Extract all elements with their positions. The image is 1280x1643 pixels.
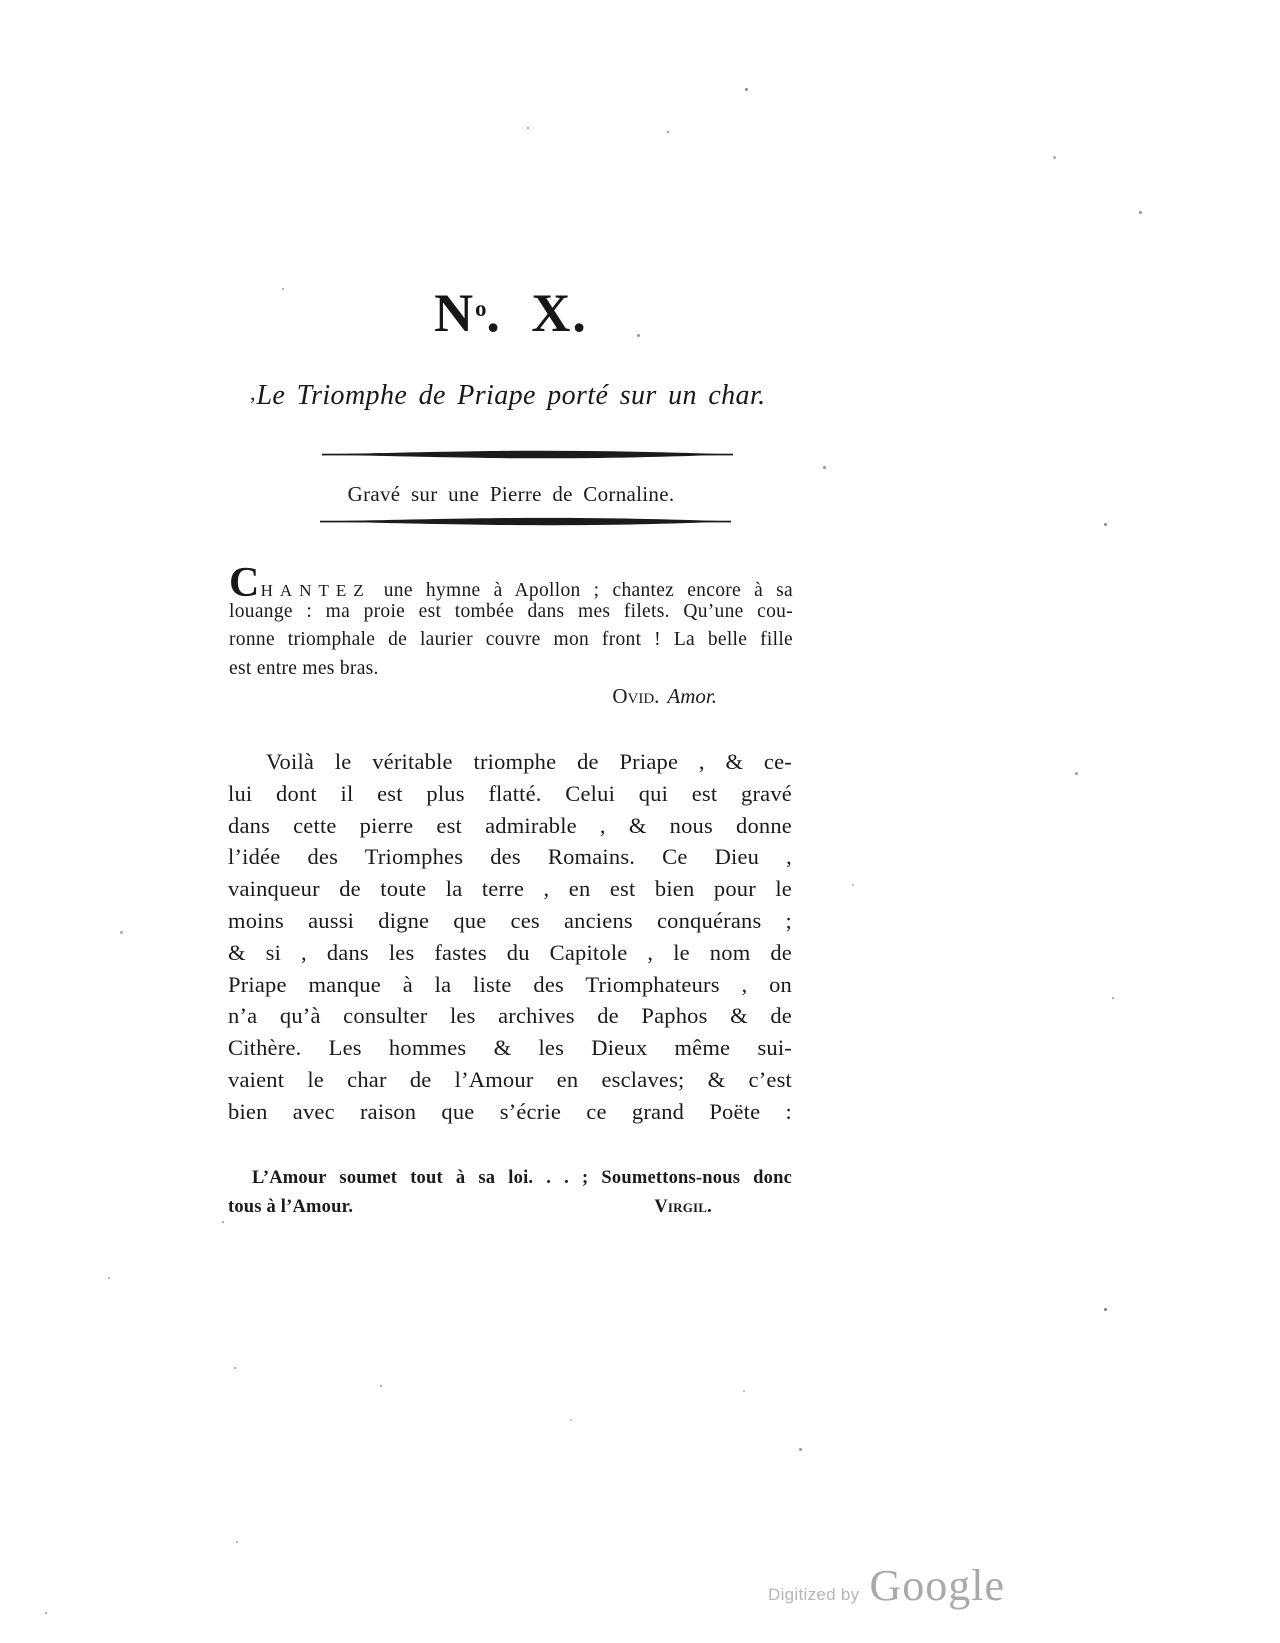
epigraph-attribution: Ovid.Amor. bbox=[228, 681, 794, 711]
epigraph-line: louange : ma proie est tombée dans mes f… bbox=[229, 598, 793, 627]
main-paragraph: Voilà le véritable triomphe de Priape , … bbox=[228, 746, 792, 1128]
body-line: dans cette pierre est admirable , & nous… bbox=[228, 810, 792, 842]
scan-speck bbox=[570, 1419, 572, 1421]
body-line: vaient le char de l’Amour en esclaves; &… bbox=[228, 1064, 792, 1096]
body-line: bien avec raison que s’écrie ce grand Po… bbox=[228, 1096, 792, 1128]
scan-speck bbox=[222, 1221, 224, 1223]
scan-speck bbox=[823, 466, 826, 469]
epigraph-line: CHANTEZ une hymne à Apollon ; chantez en… bbox=[229, 569, 793, 598]
closing-quote-attribution: Virgil. bbox=[654, 1193, 712, 1222]
scan-speck bbox=[1075, 772, 1078, 775]
scan-speck bbox=[852, 884, 854, 886]
rule-ornament bbox=[318, 516, 733, 527]
scan-speck bbox=[799, 1448, 802, 1451]
body-line: Voilà le véritable triomphe de Priape , … bbox=[228, 746, 792, 778]
swelled-rule-top bbox=[320, 449, 735, 460]
rule-ornament bbox=[320, 449, 735, 460]
watermark-label: Digitized by bbox=[768, 1585, 859, 1605]
scan-speck bbox=[1139, 211, 1142, 214]
scan-speck bbox=[1104, 523, 1107, 526]
body-line: n’a qu’à consulter les archives de Papho… bbox=[228, 1000, 792, 1032]
digitized-by-google-watermark: Digitized by Google bbox=[768, 1560, 1005, 1611]
closing-quote-line: L’Amour soumet tout à sa loi. . . ; Soum… bbox=[228, 1164, 792, 1193]
scan-speck bbox=[745, 88, 748, 91]
closing-quote: L’Amour soumet tout à sa loi. . . ; Soum… bbox=[228, 1164, 792, 1222]
scan-speck bbox=[1053, 156, 1056, 159]
attribution-author: Ovid. bbox=[612, 684, 659, 708]
body-line: vainqueur de toute la terre , en est bie… bbox=[228, 873, 792, 905]
closing-quote-text: tous à l’Amour. bbox=[228, 1193, 353, 1222]
body-line: Cithère. Les hommes & les Dieux même sui… bbox=[228, 1032, 792, 1064]
title-ordinal-mark: o bbox=[475, 296, 486, 321]
scanned-book-page: , No. X. Le Triomphe de Priape porté sur… bbox=[0, 0, 1280, 1643]
scan-speck bbox=[120, 931, 123, 934]
epigraph-quote: CHANTEZ une hymne à Apollon ; chantez en… bbox=[229, 569, 793, 684]
page-title: No. X. bbox=[228, 280, 794, 342]
title-number-prefix: N bbox=[434, 283, 475, 343]
scan-speck bbox=[236, 1541, 238, 1543]
scan-speck bbox=[667, 131, 669, 133]
closing-quote-line: tous à l’Amour. Virgil. bbox=[228, 1193, 792, 1222]
scan-speck bbox=[1112, 997, 1114, 999]
body-line: l’idée des Triomphes des Romains. Ce Die… bbox=[228, 841, 792, 873]
body-line: lui dont il est plus flatté. Celui qui e… bbox=[228, 778, 792, 810]
google-logo: Google bbox=[869, 1560, 1005, 1611]
swelled-rule-bottom bbox=[318, 516, 733, 527]
scan-speck bbox=[45, 1612, 47, 1614]
epigraph-line: est entre mes bras. bbox=[229, 655, 793, 684]
scan-speck bbox=[527, 127, 529, 129]
attribution-work: Amor. bbox=[667, 684, 717, 708]
chapter-subtitle: Le Triomphe de Priape porté sur un char. bbox=[228, 376, 794, 416]
body-line: & si , dans les fastes du Capitole , le … bbox=[228, 937, 792, 969]
scan-speck bbox=[1104, 1308, 1107, 1311]
engraving-caption: Gravé sur une Pierre de Cornaline. bbox=[228, 480, 794, 508]
epigraph-line: ronne triomphale de laurier couvre mon f… bbox=[229, 626, 793, 655]
scan-speck bbox=[108, 1277, 110, 1279]
scan-speck bbox=[234, 1367, 236, 1369]
scan-speck bbox=[380, 1385, 382, 1387]
title-number-suffix: . X. bbox=[486, 283, 588, 343]
scan-speck bbox=[743, 1390, 745, 1392]
body-line: moins aussi digne que ces anciens conqué… bbox=[228, 905, 792, 937]
body-line: Priape manque à la liste des Triomphateu… bbox=[228, 969, 792, 1001]
